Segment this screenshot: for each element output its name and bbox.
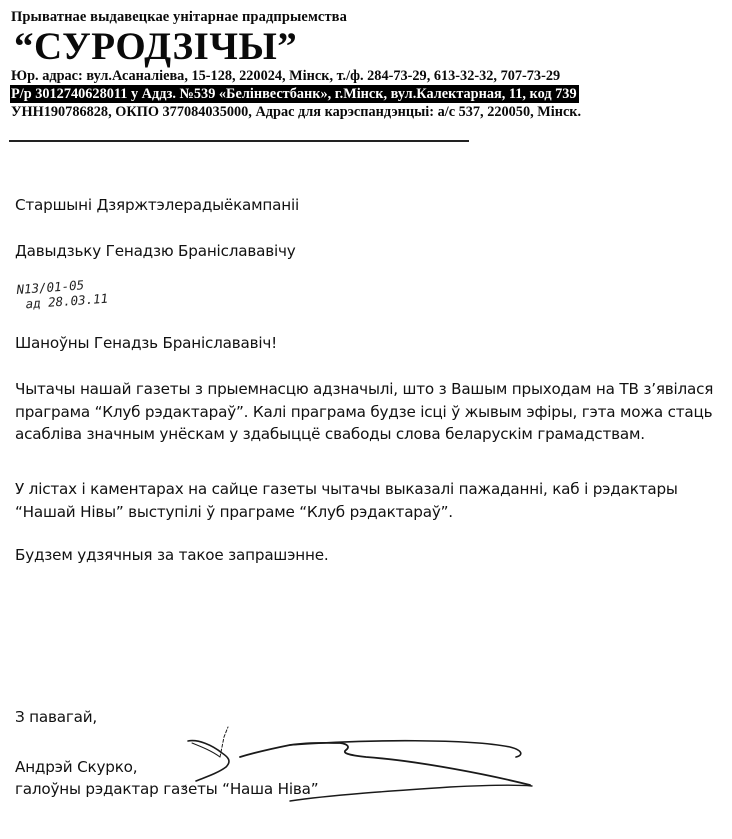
- signer-name: Андрэй Скурко,: [15, 758, 137, 776]
- paragraph-2: У лістах і каментарах на сайце газеты чы…: [15, 478, 678, 523]
- paragraph-line: асабліва значным унёскам у здабыццё сваб…: [15, 423, 713, 446]
- closing: З павагай,: [15, 708, 97, 726]
- addressee-name: Давыдзьку Генадзю Браніслававічу: [15, 242, 296, 260]
- legal-address: Юр. адрас: вул.Асаналіева, 15-128, 22002…: [11, 67, 581, 85]
- handwritten-signature: [170, 715, 650, 815]
- organization-name: “СУРОДЗІЧЫ”: [14, 27, 581, 67]
- salutation: Шаноўны Генадзь Браніслававіч!: [15, 334, 277, 352]
- handwritten-registration-stamp: N13/01-05 ад 28.03.11: [16, 276, 109, 312]
- paragraph-1: Чытачы нашай газеты з прыемнасцю адзначы…: [15, 378, 713, 446]
- paragraph-line: Чытачы нашай газеты з прыемнасцю адзначы…: [15, 378, 713, 401]
- letterhead: Прыватнае выдавецкае унітарнае прадпрыем…: [11, 8, 581, 121]
- paragraph-line: “Нашай Нівы” выступілі ў праграме “Клуб …: [15, 501, 678, 524]
- paragraph-line: У лістах і каментарах на сайце газеты чы…: [15, 478, 678, 501]
- paragraph-line: праграма “Клуб рэдактараў”. Калі праграм…: [15, 401, 713, 424]
- registration-details: УНН190786828, ОКПО 377084035000, Адрас д…: [11, 103, 581, 121]
- letterhead-divider: [9, 140, 469, 142]
- bank-details: Р/р 3012740628011 у Аддз. №539 «Белінвес…: [10, 85, 579, 103]
- paragraph-3: Будзем удзячныя за такое запрашэнне.: [15, 544, 329, 567]
- addressee-position: Старшыні Дзяржтэлерадыёкампаніі: [15, 196, 299, 214]
- paragraph-line: Будзем удзячныя за такое запрашэнне.: [15, 544, 329, 567]
- organization-type: Прыватнае выдавецкае унітарнае прадпрыем…: [11, 8, 581, 26]
